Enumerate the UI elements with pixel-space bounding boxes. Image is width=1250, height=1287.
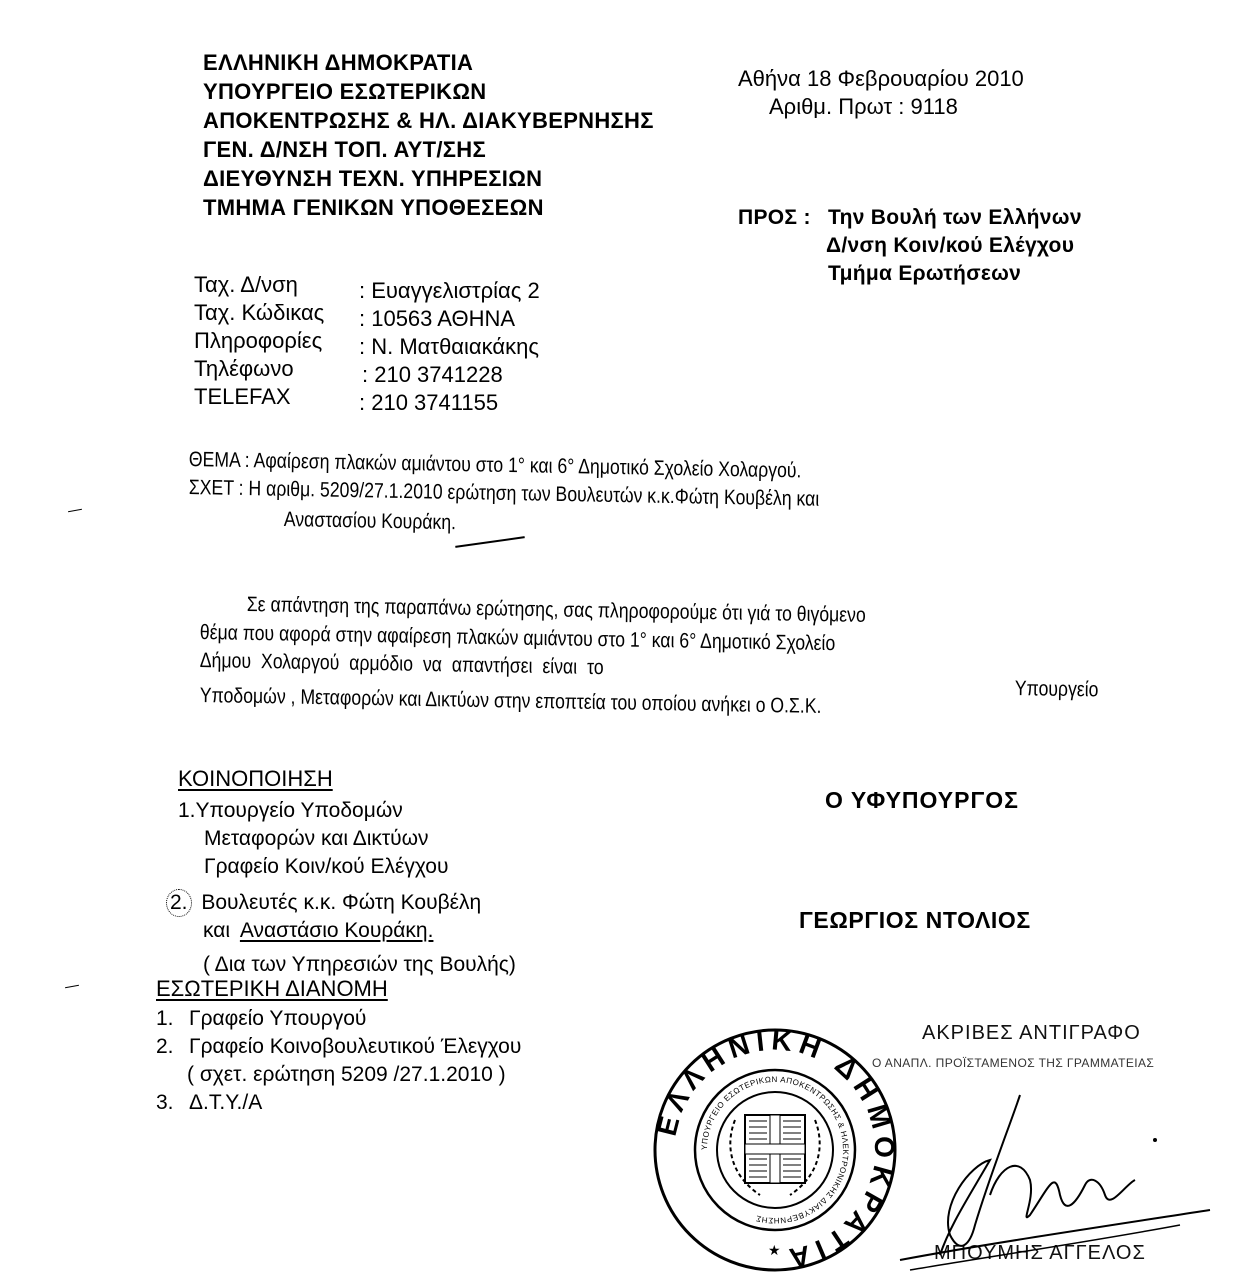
notification-item-2: 2. Βουλευτές κ.κ. Φώτη Κουβέλη: [166, 889, 481, 917]
reference-label: ΣΧΕΤ :: [189, 476, 244, 500]
conjunction: και: [203, 919, 230, 942]
recipient-line: Την Βουλή των Ελλήνων: [828, 204, 1082, 232]
item-text: Γραφείο Υπουργού: [189, 1007, 366, 1030]
contact-label: Πληροφορίες: [194, 328, 359, 356]
body-line-right: Υπουργείο: [1015, 677, 1099, 702]
contact-value: : 210 3741155: [359, 390, 498, 412]
notification-item-note: ( Δια των Υπηρεσιών της Βουλής): [203, 952, 516, 978]
item-number: 3.: [156, 1090, 189, 1116]
contact-label: Ταχ. Κώδικας: [194, 300, 359, 328]
contact-value: : 210 3741228: [362, 362, 503, 384]
contact-row: Ταχ. Κώδικας : 10563 ΑΘΗΝΑ: [194, 300, 540, 328]
item-text: Δ.Τ.Υ./Α: [189, 1091, 262, 1114]
distribution-subitem: ( σχετ. ερώτηση 5209 /27.1.2010 ): [156, 1062, 521, 1090]
notification-heading: ΚΟΙΝΟΠΟΙΗΣΗ: [178, 766, 333, 792]
recipient-line: Δ/νση Κοιν/κού Ελέγχου: [738, 232, 1082, 260]
subject-text: Αφαίρεση πλακών αμιάντου στο 1° και 6° Δ…: [253, 449, 801, 482]
issuer-line: ΓΕΝ. Δ/ΝΣΗ ΤΟΠ. ΑΥΤ/ΣΗΣ: [203, 135, 654, 164]
issuer-line: ΤΜΗΜΑ ΓΕΝΙΚΩΝ ΥΠΟΘΕΣΕΩΝ: [203, 193, 654, 222]
contact-label: TELEFAX: [194, 384, 359, 412]
contact-row: Ταχ. Δ/νση : Ευαγγελιστρίας 2: [194, 272, 540, 300]
distribution-item: 3.Δ.Τ.Υ./Α: [156, 1090, 521, 1118]
item-text: Γραφείο Κοινοβουλευτικού Έλεγχου: [189, 1035, 521, 1058]
contact-row: TELEFAX : 210 3741155: [194, 384, 540, 412]
date-line: Αθήνα 18 Φεβρουαρίου 2010: [738, 66, 1024, 92]
underlined-name: Αναστάσιο Κουράκη.: [240, 919, 434, 942]
signature-scribble: [880, 1085, 1240, 1285]
official-seal: ΕΛΛΗΝΙΚΗ ΔΗΜΟΚΡΑΤΙΑ ΥΠΟΥΡΓΕΙΟ ΕΣΩΤΕΡΙΚΩΝ…: [650, 1025, 900, 1275]
contact-block: Ταχ. Δ/νση : Ευαγγελιστρίας 2 Ταχ. Κώδικ…: [194, 272, 540, 412]
internal-distribution-list: 1.Γραφείο Υπουργού 2.Γραφείο Κοινοβουλευ…: [156, 1006, 521, 1118]
subject-label: ΘΕΜΑ :: [189, 448, 250, 472]
contact-row: Πληροφορίες : Ν. Ματθαιακάκης: [194, 328, 540, 356]
issuer-block: ΕΛΛΗΝΙΚΗ ΔΗΜΟΚΡΑΤΙΑ ΥΠΟΥΡΓΕΙΟ ΕΣΩΤΕΡΙΚΩΝ…: [203, 48, 654, 222]
signatory-name: ΓΕΩΡΓΙΟΣ ΝΤΟΛΙΟΣ: [799, 906, 1031, 935]
notification-list: 1.Υπουργείο Υποδομών Μεταφορών και Δικτύ…: [178, 798, 448, 882]
item-number: 1.: [156, 1006, 189, 1032]
notification-item: 1.Υπουργείο Υποδομών: [178, 798, 448, 826]
contact-value: : Ευαγγελιστρίας 2: [359, 278, 540, 300]
reference-continuation: Αναστασίου Κουράκη.: [284, 508, 457, 535]
handwritten-underline: [455, 536, 525, 548]
contact-label: Ταχ. Δ/νση: [194, 272, 359, 300]
notification-item: Βουλευτές κ.κ. Φώτη Κουβέλη: [201, 891, 481, 914]
distribution-item: 2.Γραφείο Κοινοβουλευτικού Έλεγχου: [156, 1034, 521, 1062]
contact-value: : 10563 ΑΘΗΝΑ: [359, 306, 515, 328]
contact-value: : Ν. Ματθαιακάκης: [359, 334, 539, 356]
recipient-line: Τμήμα Ερωτήσεων: [738, 260, 1082, 288]
recipient-block: ΠΡΟΣ : Την Βουλή των Ελλήνων Δ/νση Κοιν/…: [738, 204, 1082, 288]
scan-mark: [68, 509, 82, 512]
distribution-item: 1.Γραφείο Υπουργού: [156, 1006, 521, 1034]
svg-text:★: ★: [768, 1243, 781, 1259]
contact-label: Τηλέφωνο: [194, 356, 359, 384]
body-line: Υποδομών , Μεταφορών και Δικτύων στην επ…: [200, 684, 822, 719]
issuer-line: ΥΠΟΥΡΓΕΙΟ ΕΣΩΤΕΡΙΚΩΝ: [203, 77, 654, 106]
notification-item-cont: Γραφείο Κοιν/κού Ελέγχου: [178, 854, 448, 882]
protocol-number: Αριθμ. Πρωτ : 9118: [769, 94, 958, 120]
item-number: 2.: [156, 1034, 189, 1060]
item-number-circled: 2.: [166, 889, 192, 917]
body-line: Δήμου Χολαργού αρμόδιο να απαντήσει είνα…: [200, 649, 604, 680]
issuer-line: ΕΛΛΗΝΙΚΗ ΔΗΜΟΚΡΑΤΙΑ: [203, 48, 654, 77]
signatory-title: Ο ΥΦΥΠΟΥΡΓΟΣ: [825, 786, 1019, 815]
issuer-line: ΔΙΕΥΘΥΝΣΗ ΤΕΧΝ. ΥΠΗΡΕΣΙΩΝ: [203, 164, 654, 193]
certified-copy-title: ΑΚΡΙΒΕΣ ΑΝΤΙΓΡΑΦΟ: [922, 1022, 1141, 1045]
contact-row: Τηλέφωνο : 210 3741228: [194, 356, 540, 384]
issuer-line: ΑΠΟΚΕΝΤΡΩΣΗΣ & ΗΛ. ΔΙΑΚΥΒΕΡΝΗΣΗΣ: [203, 106, 654, 135]
notification-item-cont: και Αναστάσιο Κουράκη.: [203, 918, 433, 944]
recipient-label: ΠΡΟΣ :: [738, 204, 828, 232]
certified-copy-subtitle: Ο ΑΝΑΠΛ. ΠΡΟΪΣΤΑΜΕΝΟΣ ΤΗΣ ΓΡΑΜΜΑΤΕΙΑΣ: [872, 1056, 1154, 1070]
internal-distribution-heading: ΕΣΩΤΕΡΙΚΗ ΔΙΑΝΟΜΗ: [156, 976, 388, 1002]
scan-mark: [65, 985, 79, 988]
notification-item-cont: Μεταφορών και Δικτύων: [178, 826, 448, 854]
